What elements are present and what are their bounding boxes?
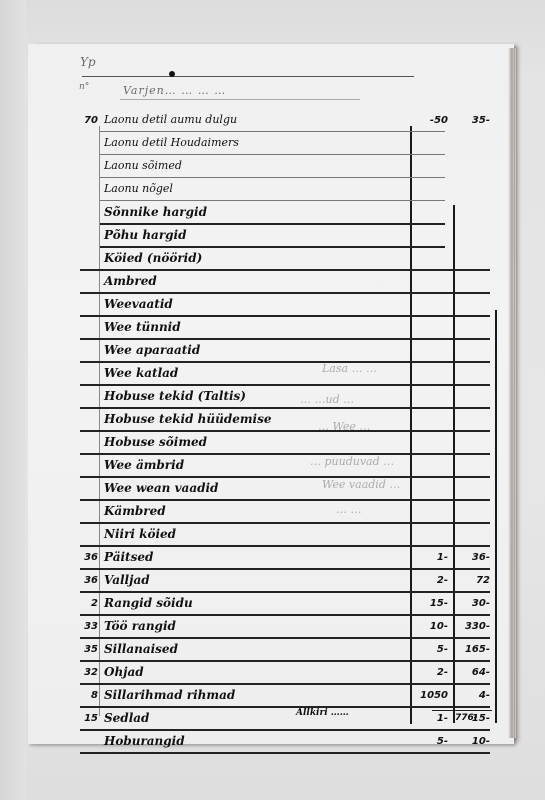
item-name: Päitsed: [104, 551, 153, 563]
item-quantity: -50: [410, 115, 448, 126]
bleed-text: Lasa … …: [322, 362, 377, 375]
item-name: Töö rangid: [104, 620, 176, 632]
row-rule: [80, 338, 490, 340]
header-text: Varjen… … … …: [123, 85, 226, 96]
photo-backdrop: [0, 0, 26, 800]
ink-dot: [169, 71, 175, 77]
item-name: Rangid sõidu: [104, 597, 193, 609]
item-quantity: 10-: [410, 621, 448, 632]
row-rule: [80, 660, 490, 662]
corner-mark: Yp: [80, 56, 96, 68]
item-name: Niiri köied: [104, 528, 176, 540]
header-rule: [82, 76, 414, 77]
item-name: Sedlad: [104, 712, 149, 724]
item-quantity: 5-: [410, 644, 448, 655]
item-name: Ohjad: [104, 666, 144, 678]
row-number: 33: [76, 621, 98, 632]
item-quantity: 1-: [410, 552, 448, 563]
bleed-text: … puuduvad …: [310, 455, 394, 468]
ledger-page: [28, 44, 514, 744]
right-column-line: [495, 310, 497, 723]
row-rule: [100, 223, 445, 225]
item-name: Köied (nöörid): [104, 252, 202, 264]
item-amount: 330-: [458, 621, 490, 632]
item-quantity: 1-: [410, 713, 448, 724]
row-rule: [80, 568, 490, 570]
bleed-text: … …: [336, 503, 362, 516]
row-rule: [80, 729, 490, 731]
item-name: Sõnnike hargid: [104, 206, 207, 218]
item-name: Laonu detil aumu dulgu: [104, 114, 237, 125]
row-rule: [80, 361, 490, 363]
item-amount: 165-: [458, 644, 490, 655]
row-rule: [80, 269, 490, 271]
item-quantity: 5-: [410, 736, 448, 747]
item-name: Wee wean vaadid: [104, 482, 218, 494]
row-rule: [80, 499, 490, 501]
row-rule: [80, 637, 490, 639]
item-quantity: 2-: [410, 667, 448, 678]
total-rule: [432, 710, 492, 711]
item-name: Wee aparaatid: [104, 344, 200, 356]
row-rule: [80, 683, 490, 685]
row-rule: [80, 384, 490, 386]
bleed-text: … …ud …: [300, 393, 354, 406]
item-amount: 36-: [458, 552, 490, 563]
item-name: Hoburangid: [104, 735, 185, 747]
row-rule: [80, 453, 490, 455]
item-name: Kämbred: [104, 505, 166, 517]
item-quantity: 2-: [410, 575, 448, 586]
row-rule: [80, 752, 490, 754]
row-rule: [100, 246, 445, 248]
row-rule: [80, 706, 490, 708]
row-number: 8: [76, 690, 98, 701]
item-amount: 30-: [458, 598, 490, 609]
item-name: Weevaatid: [104, 298, 173, 310]
item-name: Sillarihmad rihmad: [104, 689, 235, 701]
row-rule: [80, 522, 490, 524]
item-name: Wee tünnid: [104, 321, 181, 333]
item-name: Hobuse tekid hüüdemise: [104, 413, 272, 425]
item-name: Sillanaised: [104, 643, 178, 655]
header-prefix: n°: [79, 83, 89, 92]
signature: Allkiri ……: [296, 709, 349, 718]
item-name: Hobuse tekid (Taltis): [104, 390, 246, 402]
row-number: 15: [76, 713, 98, 724]
item-name: Wee katlad: [104, 367, 178, 379]
row-rule: [80, 476, 490, 478]
row-rule: [100, 154, 445, 155]
margin-line: [99, 126, 100, 716]
header-underline: [120, 99, 360, 100]
page-edge-shadow: [508, 48, 516, 738]
item-name: Põhu hargid: [104, 229, 187, 241]
item-quantity: 1050: [410, 690, 448, 701]
item-name: Laonu detil Houdaimers: [104, 137, 239, 148]
item-quantity: 15-: [410, 598, 448, 609]
row-number: 36: [76, 552, 98, 563]
row-number: 2: [76, 598, 98, 609]
row-rule: [80, 315, 490, 317]
amount-column-line: [453, 205, 455, 723]
row-rule: [80, 614, 490, 616]
row-rule: [100, 131, 445, 132]
quantity-column-line: [410, 126, 412, 724]
item-name: Wee ämbrid: [104, 459, 184, 471]
row-rule: [80, 292, 490, 294]
item-name: Hobuse sõimed: [104, 436, 207, 448]
row-rule: [100, 177, 445, 178]
item-amount: 35-: [458, 115, 490, 126]
row-rule: [80, 430, 490, 432]
item-amount: 4-: [458, 690, 490, 701]
row-number: 32: [76, 667, 98, 678]
row-rule: [80, 545, 490, 547]
row-number: 35: [76, 644, 98, 655]
bleed-text: Wee vaadid …: [322, 478, 400, 491]
item-name: Ambred: [104, 275, 157, 287]
total-amount: 776-: [455, 713, 478, 723]
item-name: Laonu nõgel: [104, 183, 173, 194]
row-number: 36: [76, 575, 98, 586]
row-rule: [100, 200, 445, 201]
item-amount: 64-: [458, 667, 490, 678]
row-rule: [80, 591, 490, 593]
item-amount: 10-: [458, 736, 490, 747]
bleed-text: … Wee …: [318, 420, 370, 433]
row-rule: [80, 407, 490, 409]
row-number: 70: [76, 115, 98, 126]
item-name: Valljad: [104, 574, 150, 586]
item-name: Laonu sõimed: [104, 160, 182, 171]
item-amount: 72: [458, 575, 490, 586]
